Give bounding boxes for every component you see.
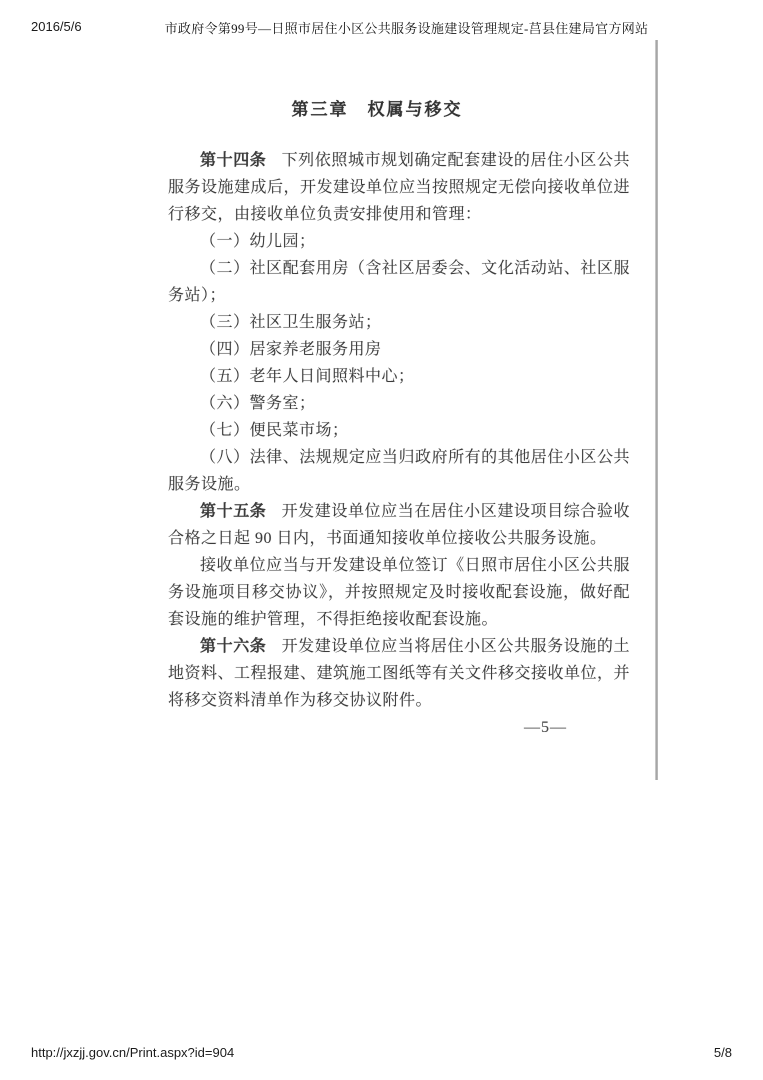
paragraph-text: （一）幼儿园； [200, 233, 316, 250]
list-item-2: （二）社区配套用房（含社区居委会、文化活动站、社区服务站）； [168, 255, 630, 309]
list-item-1: （一）幼儿园； [168, 228, 630, 255]
paragraph-article-14: 第十四条下列依照城市规划确定配套建设的居住小区公共服务设施建成后，开发建设单位应… [168, 147, 630, 228]
print-footer-url: http://jxzjj.gov.cn/Print.aspx?id=904 [31, 1045, 234, 1060]
paragraph-text: （四）居家养老服务用房 [200, 341, 382, 358]
paragraph-text: （五）老年人日间照料中心； [200, 368, 415, 385]
list-item-6: （六）警务室； [168, 390, 630, 417]
print-preview-page: { "header": { "date": "2016/5/6", "title… [0, 0, 763, 1080]
article-number: 第十六条 [200, 638, 266, 655]
list-item-4: （四）居家养老服务用房 [168, 336, 630, 363]
document-page-number: —5— [168, 714, 630, 741]
paragraph-article-15: 第十五条开发建设单位应当在居住小区建设项目综合验收合格之日起 90 日内，书面通… [168, 498, 630, 552]
paragraph-text: （八）法律、法规规定应当归政府所有的其他居住小区公共服务设施。 [168, 449, 630, 493]
article-number: 第十五条 [200, 503, 266, 520]
paragraph-article-15-2: 接收单位应当与开发建设单位签订《日照市居住小区公共服务设施项目移交协议》，并按照… [168, 552, 630, 633]
article-number: 第十四条 [200, 152, 266, 169]
list-item-8: （八）法律、法规规定应当归政府所有的其他居住小区公共服务设施。 [168, 444, 630, 498]
paragraph-article-16: 第十六条开发建设单位应当将居住小区公共服务设施的土地资料、工程报建、建筑施工图纸… [168, 633, 630, 714]
paragraph-text: （三）社区卫生服务站； [200, 314, 382, 331]
chapter-title: 第三章 权属与移交 [168, 95, 630, 120]
paragraph-text: 接收单位应当与开发建设单位签订《日照市居住小区公共服务设施项目移交协议》，并按照… [168, 557, 630, 628]
document-body: 第三章 权属与移交 第十四条下列依照城市规划确定配套建设的居住小区公共服务设施建… [168, 95, 630, 741]
list-item-7: （七）便民菜市场； [168, 417, 630, 444]
list-item-3: （三）社区卫生服务站； [168, 309, 630, 336]
list-item-5: （五）老年人日间照料中心； [168, 363, 630, 390]
paragraph-text: （七）便民菜市场； [200, 422, 349, 439]
print-footer-page-indicator: 5/8 [714, 1045, 732, 1060]
paragraph-text: （六）警务室； [200, 395, 316, 412]
scan-edge-line [655, 40, 658, 780]
print-header-title: 市政府令第99号—日照市居住小区公共服务设施建设管理规定-莒县住建局官方网站 [50, 18, 763, 37]
paragraph-text: （二）社区配套用房（含社区居委会、文化活动站、社区服务站）； [168, 260, 630, 304]
